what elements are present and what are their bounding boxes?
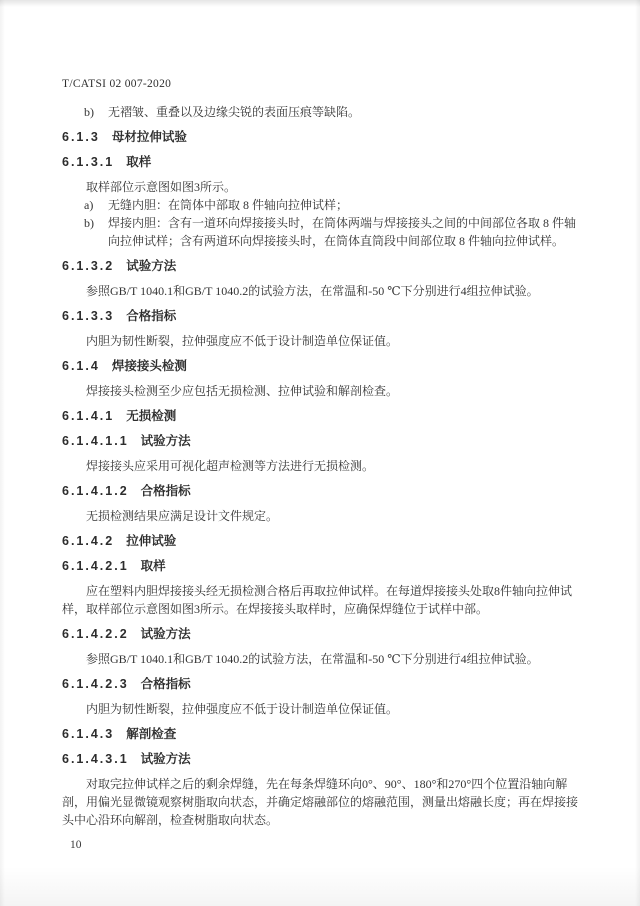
section-heading: 6.1.3.2试验方法 [62,257,578,275]
paragraph: 无损检测结果应满足设计文件规定。 [62,507,578,525]
section-heading: 6.1.3母材拉伸试验 [62,128,578,146]
section-number: 6.1.4.2 [62,534,114,548]
section-title: 合格指标 [141,484,191,498]
section-title: 试验方法 [141,434,191,448]
section-title: 取样 [141,559,166,573]
section-title: 焊接接头检测 [112,359,187,373]
section-heading: 6.1.4.2.2试验方法 [62,625,578,643]
section-heading: 6.1.4.3.1试验方法 [62,750,578,768]
section-number: 6.1.4.2.3 [62,677,129,691]
list-item-marker: b) [84,103,108,121]
section-title: 试验方法 [141,752,191,766]
list-item: b)焊接内胆：含有一道环向焊接接头时，在筒体两端与焊接接头之间的中间部位各取 8… [62,214,578,250]
list-item-text: 无褶皱、重叠以及边缘尖锐的表面压痕等缺陷。 [108,103,578,121]
paragraph: 参照GB/T 1040.1和GB/T 1040.2的试验方法，在常温和-50 ℃… [62,282,578,300]
section-number: 6.1.4.2.1 [62,559,129,573]
running-header: T/CATSI 02 007-2020 [62,76,578,92]
section-title: 试验方法 [141,627,191,641]
document-page: T/CATSI 02 007-2020 b)无褶皱、重叠以及边缘尖锐的表面压痕等… [0,0,640,906]
paragraph: 取样部位示意图如图3所示。 [62,178,578,196]
section-number: 6.1.4.2.2 [62,627,129,641]
section-number: 6.1.3 [62,130,100,144]
paragraph: 内胆为韧性断裂，拉伸强度应不低于设计制造单位保证值。 [62,700,578,718]
list-item: a)无缝内胆：在筒体中部取 8 件轴向拉伸试样； [62,196,578,214]
section-heading: 6.1.4.1无损检测 [62,407,578,425]
list-item-marker: a) [84,196,108,214]
section-number: 6.1.3.3 [62,309,114,323]
list-item-marker: b) [84,214,108,250]
section-heading: 6.1.4.1.1试验方法 [62,432,578,450]
section-number: 6.1.4.3 [62,727,114,741]
section-number: 6.1.4 [62,359,100,373]
paragraph: 内胆为韧性断裂，拉伸强度应不低于设计制造单位保证值。 [62,332,578,350]
section-title: 合格指标 [141,677,191,691]
document-content: b)无褶皱、重叠以及边缘尖锐的表面压痕等缺陷。6.1.3母材拉伸试验6.1.3.… [62,103,578,829]
section-number: 6.1.4.1.2 [62,484,129,498]
section-number: 6.1.4.1.1 [62,434,129,448]
section-number: 6.1.3.2 [62,259,114,273]
page-bottom-shadow [0,866,640,906]
paragraph: 焊接接头应采用可视化超声检测等方法进行无损检测。 [62,457,578,475]
section-title: 母材拉伸试验 [112,130,187,144]
section-heading: 6.1.3.3合格指标 [62,307,578,325]
section-number: 6.1.4.1 [62,409,114,423]
list-item-text: 焊接内胆：含有一道环向焊接接头时，在筒体两端与焊接接头之间的中间部位各取 8 件… [108,214,578,250]
section-title: 拉伸试验 [126,534,176,548]
section-heading: 6.1.4焊接接头检测 [62,357,578,375]
page-left-shadow [0,0,5,906]
paragraph: 应在塑料内胆焊接接头经无损检测合格后再取拉伸试样。在每道焊接接头处取8件轴向拉伸… [62,582,578,618]
section-number: 6.1.4.3.1 [62,752,129,766]
page-number: 10 [62,837,578,853]
page-right-shadow [635,0,640,906]
section-heading: 6.1.4.2.1取样 [62,557,578,575]
list-item-text: 无缝内胆：在筒体中部取 8 件轴向拉伸试样； [108,196,578,214]
section-title: 无损检测 [126,409,176,423]
section-heading: 6.1.4.2.3合格指标 [62,675,578,693]
list-item: b)无褶皱、重叠以及边缘尖锐的表面压痕等缺陷。 [62,103,578,121]
page-top-shadow [0,0,640,7]
section-heading: 6.1.4.2拉伸试验 [62,532,578,550]
section-title: 取样 [126,155,151,169]
section-title: 解剖检查 [126,727,176,741]
paragraph: 焊接接头检测至少应包括无损检测、拉伸试验和解剖检查。 [62,382,578,400]
paragraph: 参照GB/T 1040.1和GB/T 1040.2的试验方法，在常温和-50 ℃… [62,650,578,668]
section-heading: 6.1.4.1.2合格指标 [62,482,578,500]
section-title: 合格指标 [126,309,176,323]
section-number: 6.1.3.1 [62,155,114,169]
paragraph: 对取完拉伸试样之后的剩余焊缝，先在每条焊缝环向0°、90°、180°和270°四… [62,775,578,829]
section-heading: 6.1.4.3解剖检查 [62,725,578,743]
section-heading: 6.1.3.1取样 [62,153,578,171]
section-title: 试验方法 [126,259,176,273]
